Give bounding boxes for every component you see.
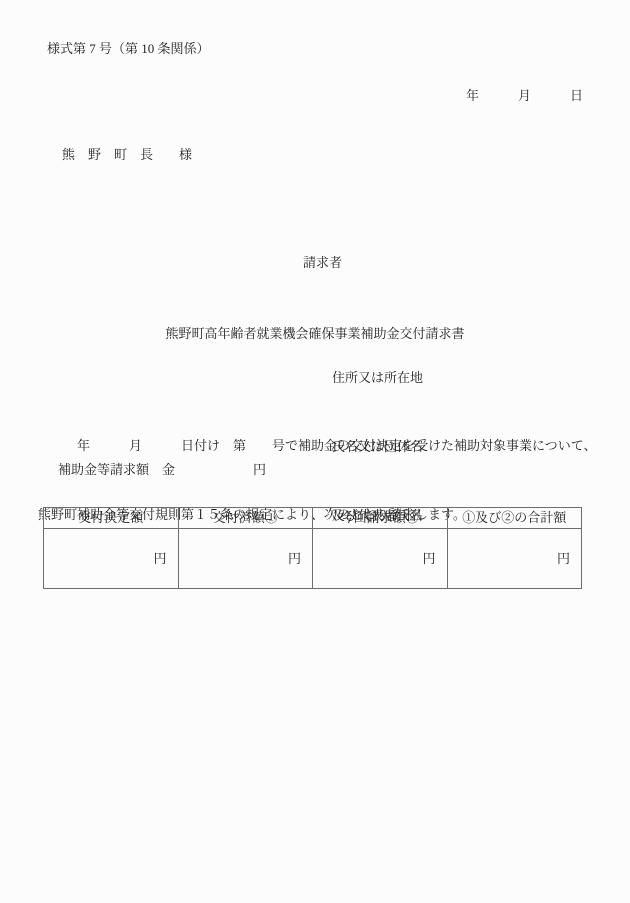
body-line-1: 年 月 日付け 第 号で補助金の交付決定を受けた補助対象事業について、 — [38, 434, 603, 457]
cell-paid-amount-yen: 円 — [178, 529, 313, 589]
subsidy-claim-form-page: 様式第 7 号（第 10 条関係） 年 月 日 熊 野 町 長 様 請求者 住所… — [0, 0, 630, 903]
header-cell-total: ①及び②の合計額 — [447, 508, 582, 529]
cell-total-yen: 円 — [447, 529, 582, 589]
header-cell-paid-amount: 交付済額① — [178, 508, 313, 529]
table-data-row: 円 円 円 円 — [44, 529, 582, 589]
claimant-label: 請求者 — [303, 251, 423, 274]
cell-decided-amount-yen: 円 — [44, 529, 179, 589]
claimant-address-label: 住所又は所在地 — [332, 366, 423, 389]
form-number-label: 様式第 7 号（第 10 条関係） — [47, 41, 210, 57]
header-cell-decided-amount: 交付決定額 — [44, 508, 179, 529]
claim-amount-line: 補助金等請求額 金 円 — [58, 462, 266, 478]
addressee-mayor-label: 熊 野 町 長 様 — [62, 147, 192, 163]
document-title: 熊野町高年齢者就業機会確保事業補助金交付請求書 — [0, 326, 630, 342]
date-line: 年 月 日 — [466, 88, 583, 104]
amount-summary-table: 交付決定額 交付済額① 今回請求額② ①及び②の合計額 円 円 円 円 — [43, 507, 582, 589]
cell-current-claim-yen: 円 — [313, 529, 448, 589]
header-cell-current-claim: 今回請求額② — [313, 508, 448, 529]
table-header-row: 交付決定額 交付済額① 今回請求額② ①及び②の合計額 — [44, 508, 582, 529]
